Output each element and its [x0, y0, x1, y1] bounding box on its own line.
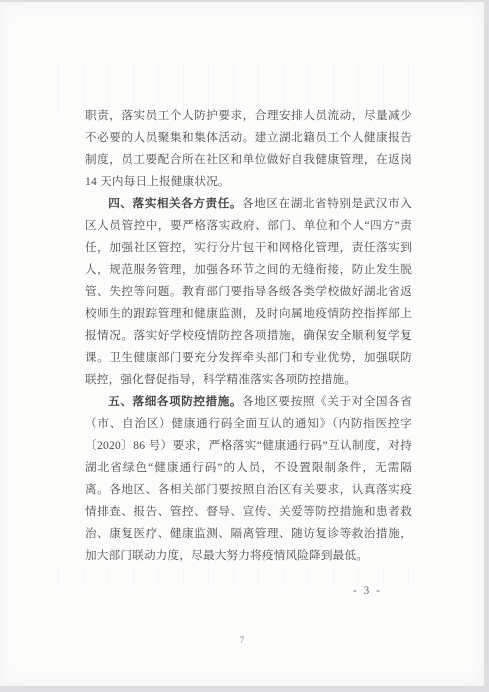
paragraph: 职责，落实员工个人防护要求，合理安排人员流动，尽量减少不必要的人员聚集和集体活动…: [85, 105, 412, 193]
document-body: 职责，落实员工个人防护要求，合理安排人员流动，尽量减少不必要的人员聚集和集体活动…: [85, 105, 412, 602]
document-page: 职责，落实员工个人防护要求，合理安排人员流动，尽量减少不必要的人员聚集和集体活动…: [0, 2, 484, 686]
paragraph: 五、落细各项防控措施。各地区要按照《关于对全国各省（市、自治区）健康通行码全面互…: [85, 391, 412, 567]
section-heading: 五、落细各项防控措施。: [108, 395, 242, 408]
footer-page-number: 7: [0, 635, 484, 645]
paragraph-text: 职责，落实员工个人防护要求，合理安排人员流动，尽量减少不必要的人员聚集和集体活动…: [85, 109, 412, 188]
section-heading: 四、落实相关各方责任。: [108, 197, 242, 210]
page-number-marker: - 3 -: [85, 580, 412, 602]
paragraph-text: 各地区要按照《关于对全国各省（市、自治区）健康通行码全面互认的通知》（内防指医控…: [85, 395, 412, 562]
paragraph-text: 各地区在湖北省特别是武汉市入区人员管控中，要严格落实政府、部门、单位和个人“四方…: [85, 197, 412, 386]
paragraph: 四、落实相关各方责任。各地区在湖北省特别是武汉市入区人员管控中，要严格落实政府、…: [85, 193, 412, 391]
